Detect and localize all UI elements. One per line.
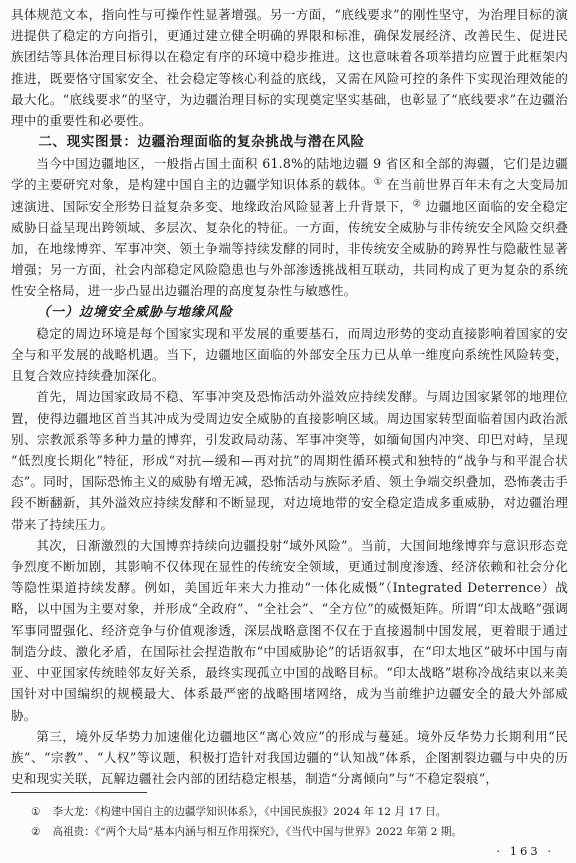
page-number: · 163 · xyxy=(11,844,568,859)
subsection-heading: （一）边境安全威胁与地缘风险 xyxy=(11,302,568,323)
footnote-1-marker: ① xyxy=(31,802,41,822)
paragraph-third-point: 第三，境外反华势力加速催化边疆地区“离心效应”的形成与蔓延。境外反华势力长期利用… xyxy=(11,726,568,790)
footnote-2-marker: ② xyxy=(31,822,41,842)
footnote-separator xyxy=(11,792,147,793)
paragraph-stability: 稳定的周边环境是每个国家实现和平发展的重要基石，而周边形势的变动直接影响着国家的… xyxy=(11,323,568,387)
footnote-2-text: 高祖贵：《“两个大局”基本内涵与相互作用探究》，《当代中国与世界》2022 年第… xyxy=(53,822,569,842)
paragraph-first-point: 首先，周边国家政局不稳、军事冲突及恐怖活动外溢效应持续发酵。与周边国家紧邻的地理… xyxy=(11,386,568,534)
footnote-1-text: 李大龙：《构建中国自主的边疆学知识体系》，《中国民族报》2024 年 12 月 … xyxy=(53,802,569,822)
page-body: 具体规范文本，指向性与可操作性显著增强。另一方面，“底线要求”的刚性坚守，为治理… xyxy=(11,4,568,789)
footnote-1: ① 李大龙：《构建中国自主的边疆学知识体系》，《中国民族报》2024 年 12 … xyxy=(11,802,568,822)
footnote-2: ② 高祖贵：《“两个大局”基本内涵与相互作用探究》，《当代中国与世界》2022 … xyxy=(11,822,568,842)
paragraph-overview: 当今中国边疆地区，一般指占国土面积 61.8%的陆地边疆 9 省区和全部的海疆，… xyxy=(11,153,568,301)
document-page: 具体规范文本，指向性与可操作性显著增强。另一方面，“底线要求”的刚性坚守，为治理… xyxy=(0,0,576,863)
page-footer: ① 李大龙：《构建中国自主的边疆学知识体系》，《中国民族报》2024 年 12 … xyxy=(11,792,568,859)
paragraph-continued: 具体规范文本，指向性与可操作性显著增强。另一方面，“底线要求”的刚性坚守，为治理… xyxy=(11,4,568,131)
footnote-ref-2: ② xyxy=(412,198,421,209)
paragraph-second-point: 其次，日渐激烈的大国博弈持续向边疆投射“域外风险”。当前，大国间地缘博弈与意识形… xyxy=(11,535,568,726)
section-heading: 二、现实图景：边疆治理面临的复杂挑战与潜在风险 xyxy=(11,131,568,153)
